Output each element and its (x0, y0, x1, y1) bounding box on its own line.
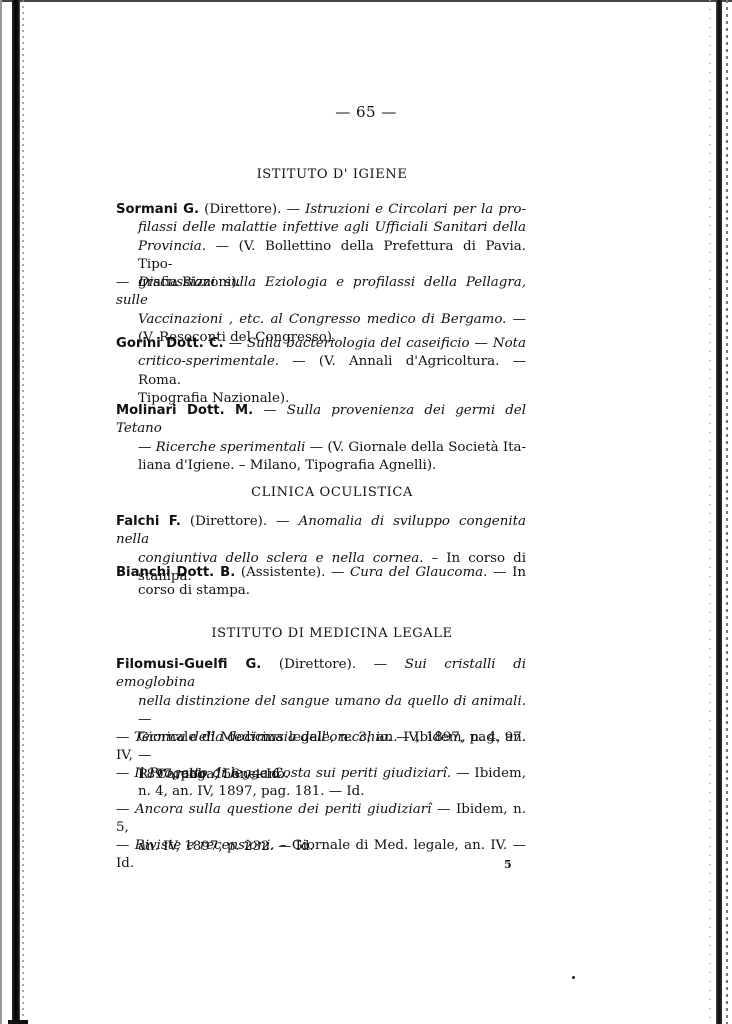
author-name: Bianchi Dott. B. (116, 565, 235, 580)
work-title: Tecnica della docimasia dell'orecchio. (134, 730, 392, 745)
ink-speck (572, 976, 575, 979)
scan-right-edge (726, 0, 728, 1024)
work-title: nella distinzione del sangue umano da qu… (138, 694, 526, 709)
entry-line: n. 4, an. IV, 1897, pag. 181. — Id. (116, 783, 526, 801)
bibliography-entry-gorini: Gorini Dott. C. — Sulla bacteriologia de… (116, 335, 526, 408)
work-title: Provincia. (138, 239, 206, 254)
author-name: Gorini Dott. C. (116, 336, 224, 351)
scan-left-edge (0, 0, 2, 1024)
work-title: — Ricerche sperimentali (138, 440, 305, 455)
entry-line: Bianchi Dott. B. (Assistente). — Cura de… (116, 564, 526, 582)
book-spine-shadow (12, 0, 20, 1024)
bibliography-entry-bianchi: Bianchi Dott. B. (Assistente). — Cura de… (116, 564, 526, 601)
work-title: filassi delle malattie infettive agli Uf… (138, 220, 526, 235)
bibliography-entry-riviste: — Riviste e recensioni. – Giornale di Me… (116, 837, 526, 874)
scan-corner-mark (8, 1020, 28, 1024)
section-heading-igiene: ISTITUTO D' IGIENE (100, 167, 564, 182)
work-title: Ancora sulla questione dei periti giudiz… (135, 802, 431, 817)
scan-noise (22, 0, 24, 1024)
entry-line: Filomusi-Guelfi G. (Direttore). — Sui cr… (116, 656, 526, 693)
author-name: Falchi F. (116, 514, 181, 529)
work-title: Cura del Glaucoma. (350, 565, 487, 580)
entry-line: — Ricerche sperimentali — (V. Giornale d… (116, 439, 526, 457)
page-number: — 65 — (0, 103, 732, 121)
entry-line: Sormani G. (Direttore). — Istruzioni e C… (116, 201, 526, 219)
entry-line: — Ancora sulla questione dei periti giud… (116, 801, 526, 838)
section-heading-medicina-legale: ISTITUTO DI MEDICINA LEGALE (100, 626, 564, 641)
entry-line: Provincia. — (V. Bollettino della Prefet… (116, 238, 526, 275)
entry-line: — Tecnica della docimasia dell'orecchio.… (116, 729, 526, 766)
work-title: Il Progetto di legge Costa sui periti gi… (134, 766, 451, 781)
bibliography-entry-progetto-legge: — Il Progetto di legge Costa sui periti … (116, 765, 526, 802)
entry-line: critico-sperimentale. — (V. Annali d'Agr… (116, 353, 526, 390)
entry-line: nella distinzione del sangue umano da qu… (116, 693, 526, 730)
entry-line: filassi delle malattie infettive agli Uf… (116, 219, 526, 237)
entry-line: liana d'Igiene. – Milano, Tipografia Agn… (116, 457, 526, 475)
entry-line: — Discussioni sulla Eziologia e profilas… (116, 274, 526, 311)
entry-line: Gorini Dott. C. — Sulla bacteriologia de… (116, 335, 526, 353)
work-title: Riviste e recensioni. (135, 838, 275, 853)
entry-line: Vaccinazioni , etc. al Congresso medico … (116, 311, 526, 329)
scan-top-edge (0, 0, 732, 2)
entry-line: — Riviste e recensioni. – Giornale di Me… (116, 837, 526, 874)
work-title: Vaccinazioni , etc. al Congresso medico … (138, 312, 506, 327)
entry-line: Molinari Dott. M. — Sulla provenienza de… (116, 402, 526, 439)
work-title: Discussioni sulla Eziologia e profilassi… (116, 275, 526, 308)
section-heading-oculistica: CLINICA OCULISTICA (100, 485, 564, 500)
author-name: Filomusi-Guelfi G. (116, 657, 261, 672)
entry-line: corso di stampa. (116, 582, 526, 600)
bibliography-entry-molinari: Molinari Dott. M. — Sulla provenienza de… (116, 402, 526, 475)
entry-line: — Il Progetto di legge Costa sui periti … (116, 765, 526, 783)
entry-line: Falchi F. (Direttore). — Anomalia di svi… (116, 513, 526, 550)
page-right-edge-shadow (716, 0, 722, 1024)
signature-mark: 5 (504, 858, 512, 871)
work-title: Istruzioni e Circolari per la pro- (305, 202, 526, 217)
work-title: critico-sperimentale. (138, 354, 279, 369)
scan-noise (709, 0, 711, 1024)
work-title: Sulla bacteriologia del caseificio — Not… (247, 336, 526, 351)
author-name: Molinari Dott. M. (116, 403, 253, 418)
author-name: Sormani G. (116, 202, 199, 217)
